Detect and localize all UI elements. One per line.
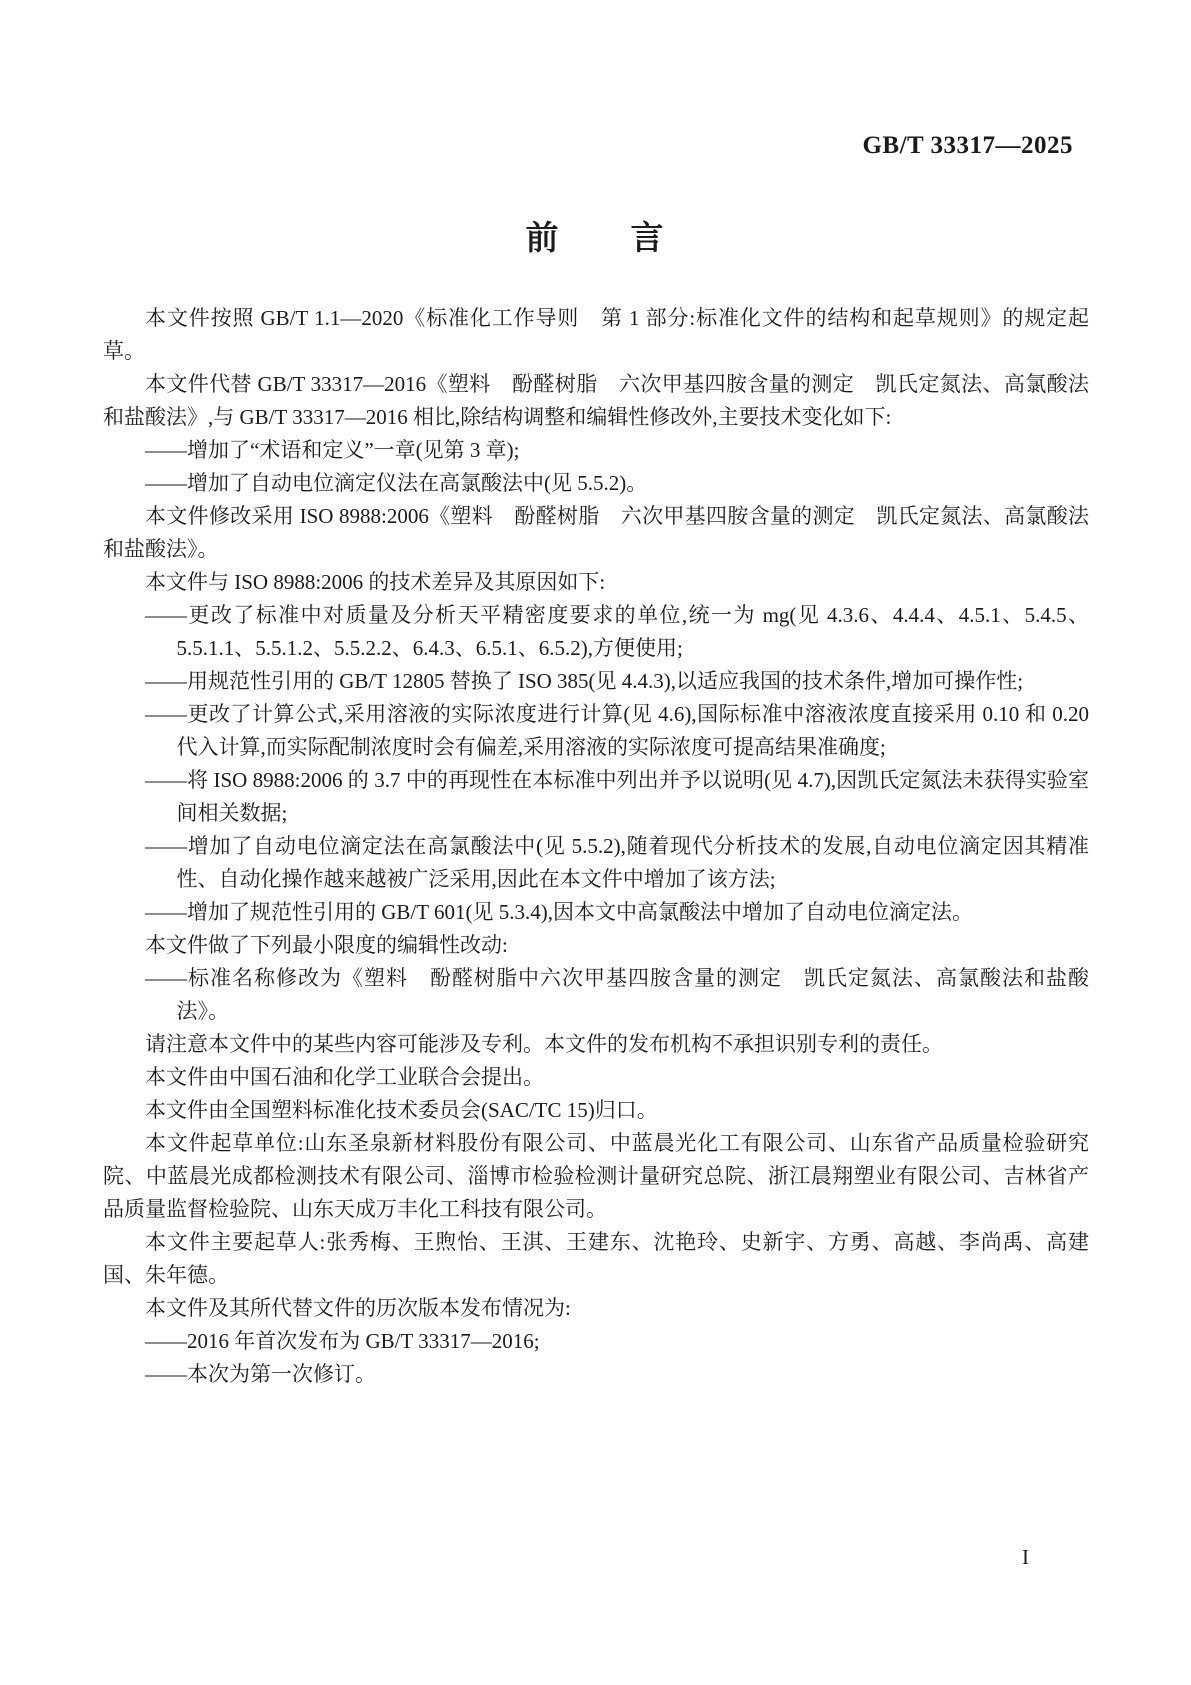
paragraph-basis: 本文件按照 GB/T 1.1—2020《标准化工作导则 第 1 部分:标准化文件… (103, 302, 1089, 368)
list-item-change-1: ——增加了“术语和定义”一章(见第 3 章); (103, 434, 1089, 467)
document-page: GB/T 33317—2025 前 言 本文件按照 GB/T 1.1—2020《… (0, 0, 1191, 1685)
paragraph-editorial: 本文件做了下列最小限度的编辑性改动: (103, 929, 1089, 962)
paragraph-patent-notice: 请注意本文件中的某些内容可能涉及专利。本文件的发布机构不承担识别专利的责任。 (103, 1028, 1089, 1061)
paragraph-version-history: 本文件及其所代替文件的历次版本发布情况为: (103, 1292, 1089, 1325)
list-item-diff-5: ——增加了自动电位滴定法在高氯酸法中(见 5.5.2),随着现代分析技术的发展,… (103, 830, 1089, 896)
list-item-change-2: ——增加了自动电位滴定仪法在高氯酸法中(见 5.5.2)。 (103, 467, 1089, 500)
paragraph-drafting-units: 本文件起草单位:山东圣泉新材料股份有限公司、中蓝晨光化工有限公司、山东省产品质量… (103, 1127, 1089, 1226)
paragraph-replacement: 本文件代替 GB/T 33317—2016《塑料 酚醛树脂 六次甲基四胺含量的测… (103, 368, 1089, 434)
list-item-diff-1: ——更改了标准中对质量及分析天平精密度要求的单位,统一为 mg(见 4.3.6、… (103, 599, 1089, 665)
list-item-diff-6: ——增加了规范性引用的 GB/T 601(见 5.3.4),因本文中高氯酸法中增… (103, 896, 1089, 929)
paragraph-proposer: 本文件由中国石油和化学工业联合会提出。 (103, 1061, 1089, 1094)
paragraph-iso-adoption: 本文件修改采用 ISO 8988:2006《塑料 酚醛树脂 六次甲基四胺含量的测… (103, 500, 1089, 566)
list-item-history-1: ——2016 年首次发布为 GB/T 33317—2016; (103, 1325, 1089, 1358)
list-item-diff-4: ——将 ISO 8988:2006 的 3.7 中的再现性在本标准中列出并予以说… (103, 764, 1089, 830)
standard-number: GB/T 33317—2025 (862, 132, 1073, 160)
paragraph-committee: 本文件由全国塑料标准化技术委员会(SAC/TC 15)归口。 (103, 1094, 1089, 1127)
list-item-history-2: ——本次为第一次修订。 (103, 1358, 1089, 1391)
page-number: I (1022, 1545, 1030, 1570)
list-item-diff-2: ——用规范性引用的 GB/T 12805 替换了 ISO 385(见 4.4.3… (103, 665, 1089, 698)
paragraph-drafters: 本文件主要起草人:张秀梅、王煦怡、王淇、王建东、沈艳玲、史新宇、方勇、高越、李尚… (103, 1226, 1089, 1292)
page-title: 前 言 (0, 212, 1191, 259)
paragraph-iso-differences: 本文件与 ISO 8988:2006 的技术差异及其原因如下: (103, 566, 1089, 599)
list-item-editorial-1: ——标准名称修改为《塑料 酚醛树脂中六次甲基四胺含量的测定 凯氏定氮法、高氯酸法… (103, 962, 1089, 1028)
foreword-body: 本文件按照 GB/T 1.1—2020《标准化工作导则 第 1 部分:标准化文件… (103, 302, 1089, 1391)
list-item-diff-3: ——更改了计算公式,采用溶液的实际浓度进行计算(见 4.6),国际标准中溶液浓度… (103, 698, 1089, 764)
